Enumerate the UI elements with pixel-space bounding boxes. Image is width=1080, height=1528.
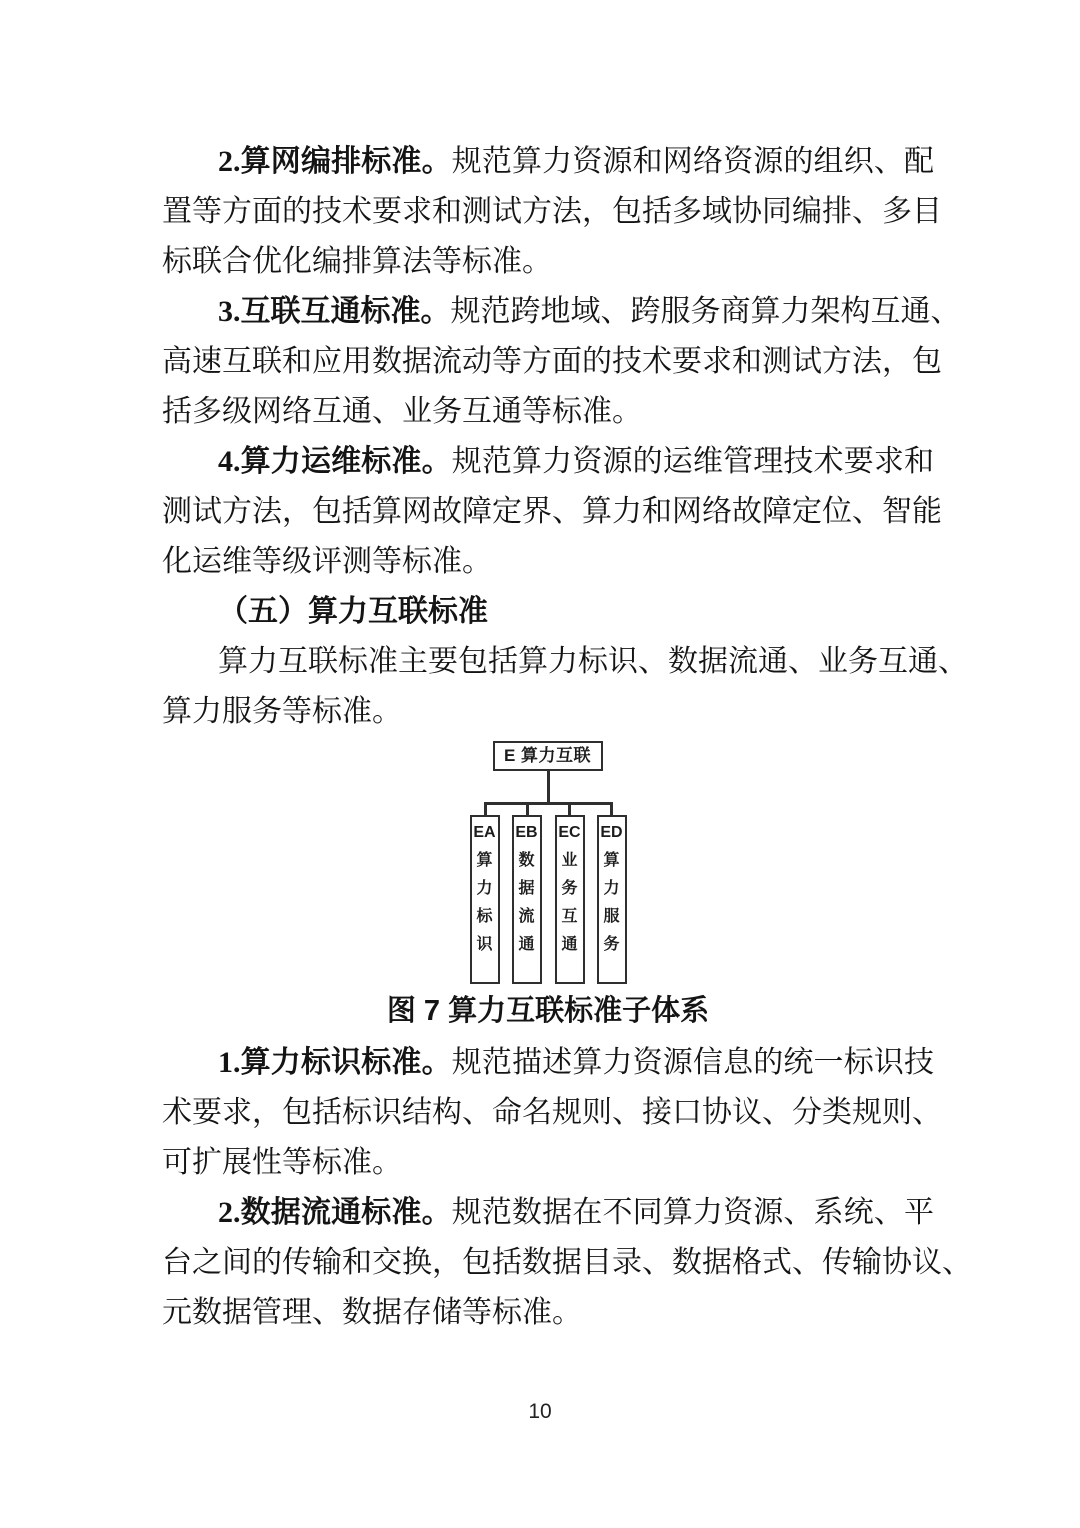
paragraph-lead: 1.算力标识标准。 bbox=[218, 1046, 452, 1079]
paragraph-text: 规范描述算力资源信息的统一标识技 bbox=[452, 1046, 934, 1079]
paragraph-text: 可扩展性等标准。 bbox=[162, 1138, 934, 1188]
connector-line bbox=[484, 802, 613, 805]
diagram-root-box: E 算力互联 bbox=[493, 741, 603, 771]
paragraph-text: 括多级网络互通、业务互通等标准。 bbox=[162, 387, 934, 437]
diagram-node-ec: EC 业务互通 bbox=[555, 815, 585, 984]
connector-line bbox=[484, 804, 487, 815]
section-heading: （五）算力互联标准 bbox=[162, 587, 934, 637]
paragraph-text: 高速互联和应用数据流动等方面的技术要求和测试方法，包 bbox=[162, 337, 934, 387]
paragraph-lead: 2.算网编排标准。 bbox=[218, 145, 452, 178]
paragraph-2-orchestration: 2.算网编排标准。规范算力资源和网络资源的组织、配 置等方面的技术要求和测试方法… bbox=[162, 137, 934, 287]
node-code: ED bbox=[599, 817, 625, 847]
paragraph-text: 台之间的传输和交换，包括数据目录、数据格式、传输协议、 bbox=[162, 1238, 934, 1288]
connector-line bbox=[526, 804, 529, 815]
connector-line bbox=[547, 771, 550, 802]
connector-line bbox=[568, 804, 571, 815]
paragraph-lead: 2.数据流通标准。 bbox=[218, 1196, 452, 1229]
paragraph-text: 规范算力资源的运维管理技术要求和 bbox=[452, 445, 934, 478]
paragraph-text: 规范算力资源和网络资源的组织、配 bbox=[452, 145, 934, 178]
node-code: EB bbox=[514, 817, 540, 847]
node-label: 算力服务 bbox=[599, 847, 625, 959]
paragraph-3-interconnection: 3.互联互通标准。规范跨地域、跨服务商算力架构互通、 高速互联和应用数据流动等方… bbox=[162, 287, 934, 437]
paragraph-text: 术要求，包括标识结构、命名规则、接口协议、分类规则、 bbox=[162, 1088, 934, 1138]
node-label: 数据流通 bbox=[514, 847, 540, 959]
section-intro-paragraph: 算力互联标准主要包括算力标识、数据流通、业务互通、 算力服务等标准。 bbox=[162, 637, 934, 737]
paragraph-text: 置等方面的技术要求和测试方法，包括多域协同编排、多目 bbox=[162, 187, 934, 237]
node-code: EC bbox=[557, 817, 583, 847]
connector-line bbox=[610, 804, 613, 815]
diagram-node-ed: ED 算力服务 bbox=[597, 815, 627, 984]
diagram-node-eb: EB 数据流通 bbox=[512, 815, 542, 984]
paragraph-2-data-circulation: 2.数据流通标准。规范数据在不同算力资源、系统、平 台之间的传输和交换，包括数据… bbox=[162, 1188, 934, 1338]
node-label: 业务互通 bbox=[557, 847, 583, 959]
node-label: 算力标识 bbox=[472, 847, 498, 959]
node-code: EA bbox=[472, 817, 498, 847]
paragraph-text: 元数据管理、数据存储等标准。 bbox=[162, 1288, 934, 1338]
paragraph-lead: 4.算力运维标准。 bbox=[218, 445, 452, 478]
paragraph-4-operations: 4.算力运维标准。规范算力资源的运维管理技术要求和 测试方法，包括算网故障定界、… bbox=[162, 437, 934, 587]
paragraph-text: 算力服务等标准。 bbox=[162, 687, 934, 737]
paragraph-group-2: 1.算力标识标准。规范描述算力资源信息的统一标识技 术要求，包括标识结构、命名规… bbox=[162, 1038, 934, 1338]
paragraph-text: 规范数据在不同算力资源、系统、平 bbox=[452, 1196, 934, 1229]
paragraph-text: 算力互联标准主要包括算力标识、数据流通、业务互通、 bbox=[162, 637, 934, 687]
diagram-node-ea: EA 算力标识 bbox=[470, 815, 500, 984]
paragraph-text: 规范跨地域、跨服务商算力架构互通、 bbox=[451, 295, 961, 328]
page-number: 10 bbox=[0, 1399, 1080, 1424]
paragraph-1-identification: 1.算力标识标准。规范描述算力资源信息的统一标识技 术要求，包括标识结构、命名规… bbox=[162, 1038, 934, 1188]
paragraph-text: 标联合优化编排算法等标准。 bbox=[162, 237, 934, 287]
paragraph-lead: 3.互联互通标准。 bbox=[218, 295, 451, 328]
figure-caption: 图 7 算力互联标准子体系 bbox=[162, 990, 934, 1032]
paragraph-text: 测试方法，包括算网故障定界、算力和网络故障定位、智能 bbox=[162, 487, 934, 537]
paragraph-text: 化运维等级评测等标准。 bbox=[162, 537, 934, 587]
org-chart-diagram: E 算力互联 EA 算力标识 EB 数据流通 EC 业务互通 ED 算力服务 bbox=[470, 741, 627, 984]
document-page: 2.算网编排标准。规范算力资源和网络资源的组织、配 置等方面的技术要求和测试方法… bbox=[0, 0, 1080, 1528]
